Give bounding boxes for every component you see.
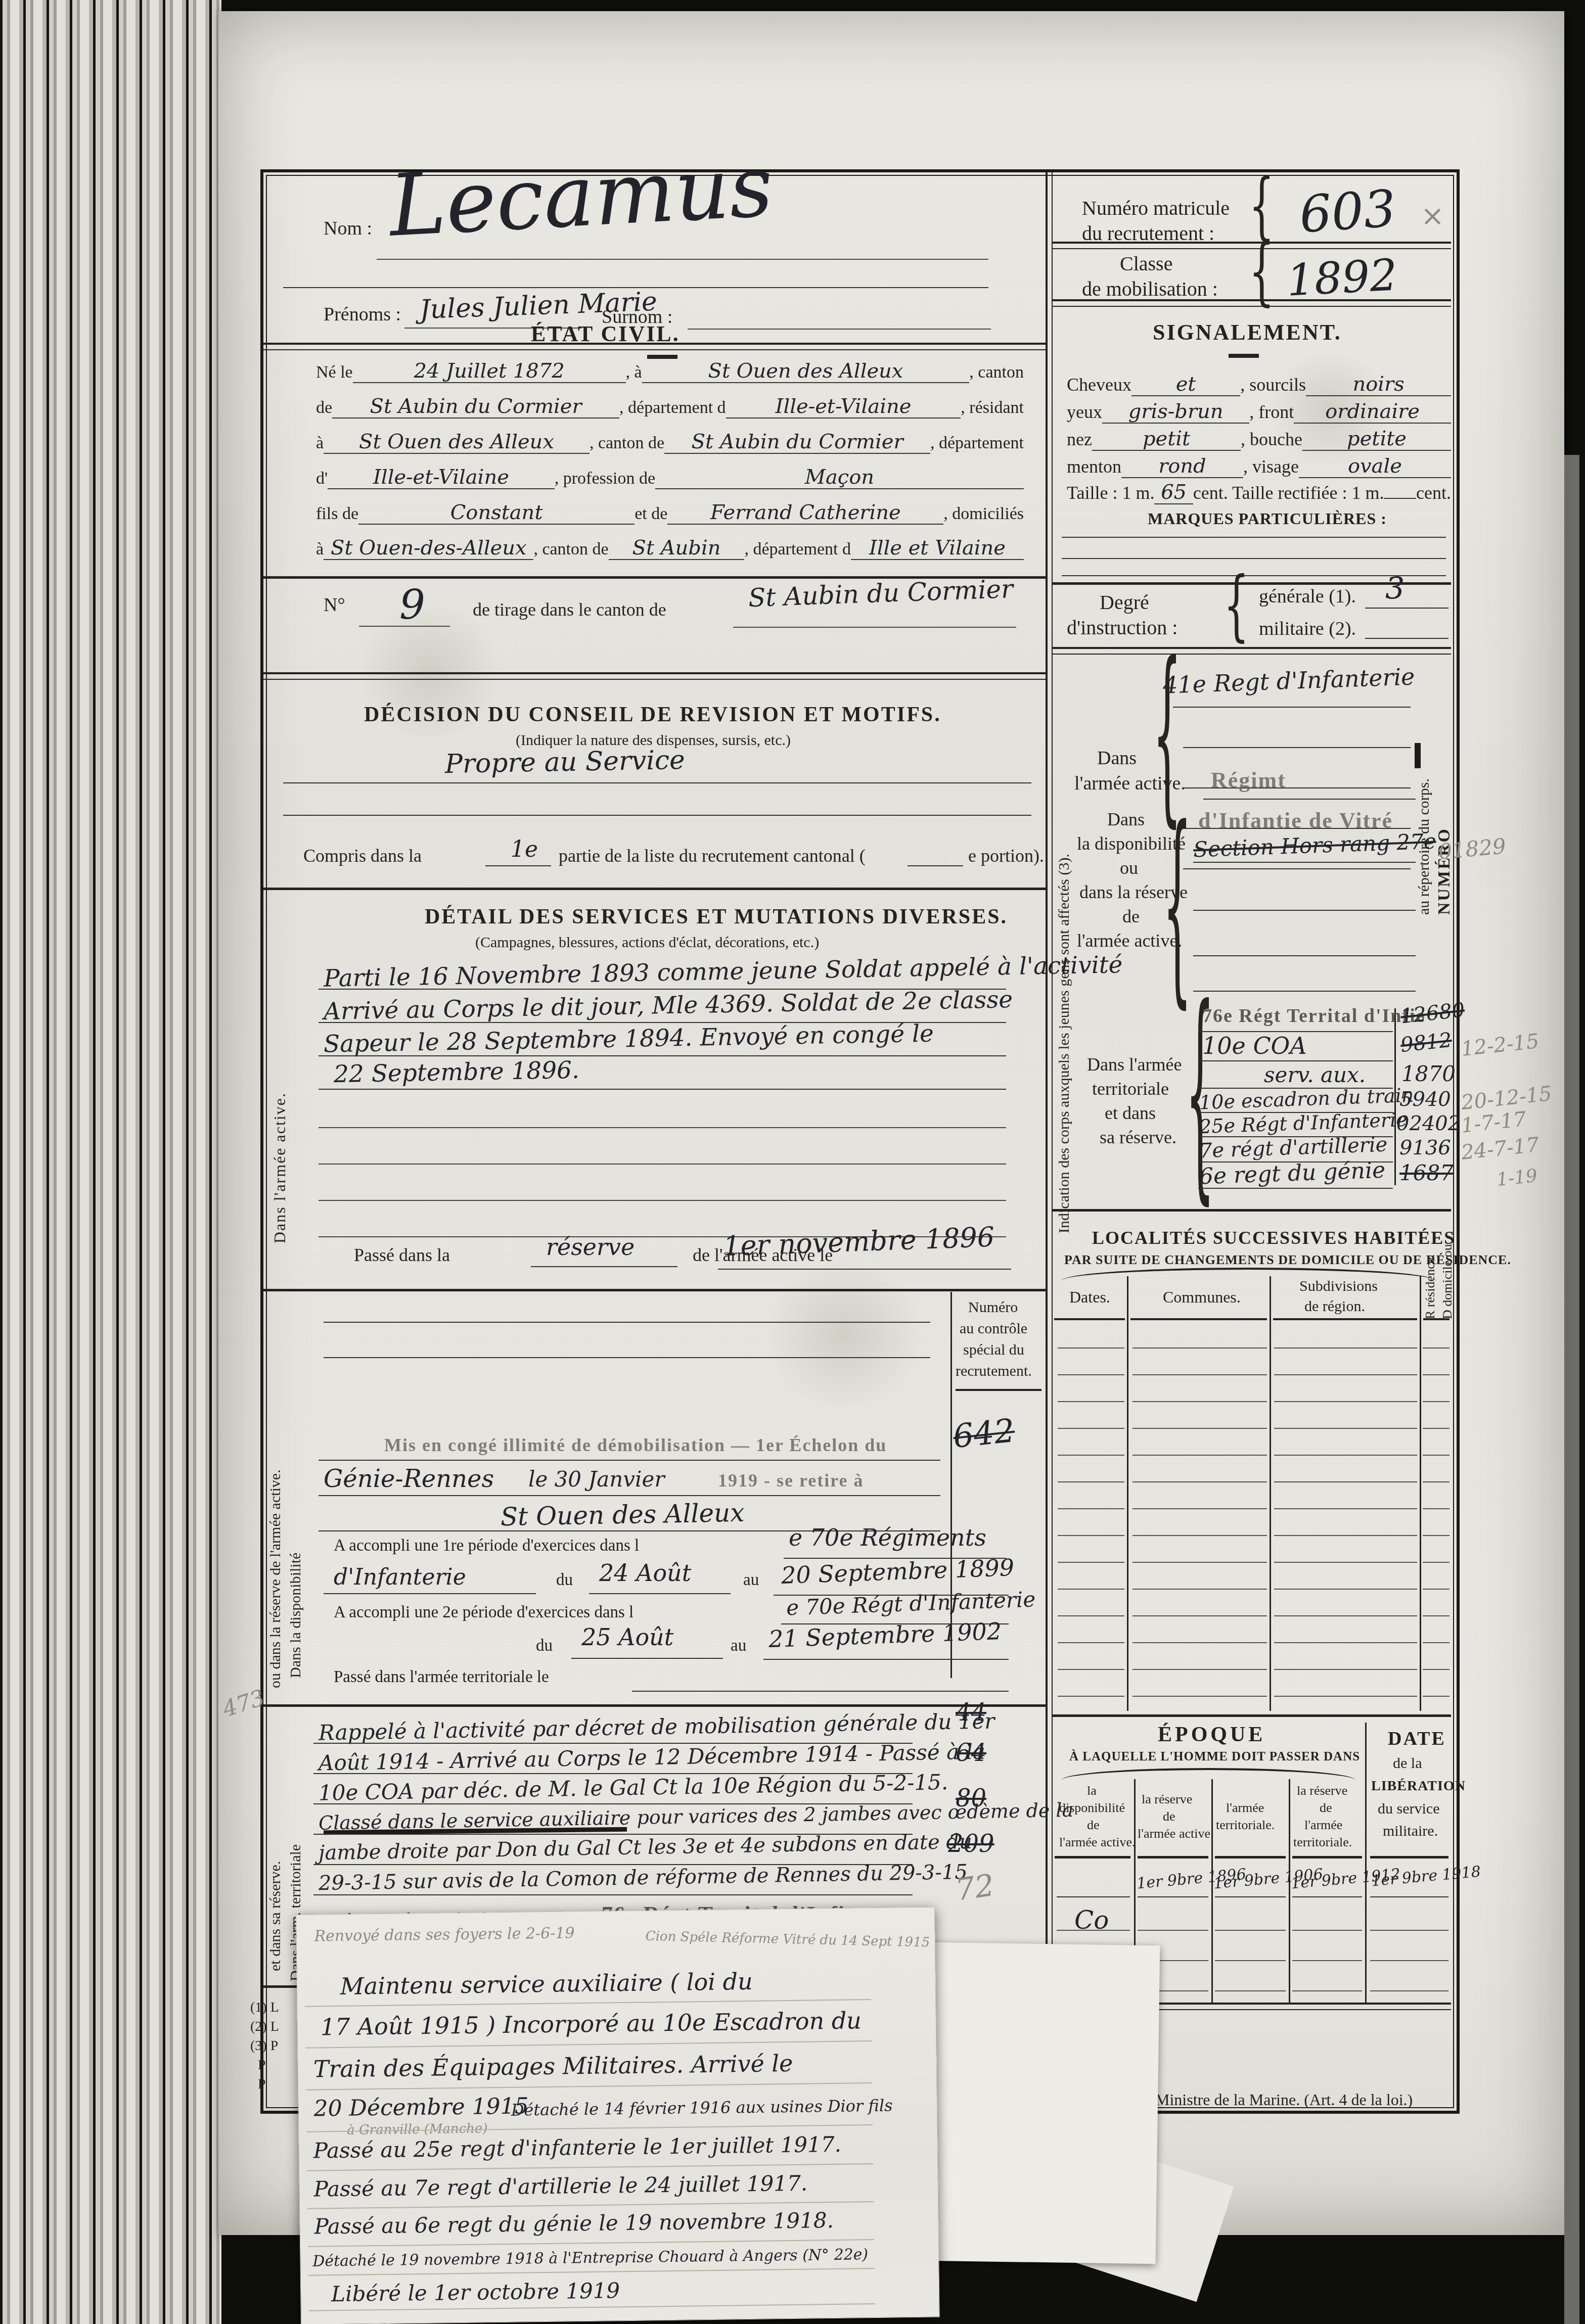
epoque-date-label: du service bbox=[1378, 1800, 1439, 1818]
surnom-rule bbox=[688, 329, 991, 330]
epoque-col1: de bbox=[1087, 1818, 1100, 1833]
epoque-header-rule bbox=[1055, 1856, 1130, 1858]
terr-row-corps: 10e COA bbox=[1202, 1032, 1307, 1059]
periode1-regiment: e 70e Régiments bbox=[789, 1524, 986, 1551]
next-page-edge bbox=[1564, 455, 1579, 2324]
epoque-col1: la bbox=[1087, 1783, 1097, 1798]
passe-territoriale-rule bbox=[632, 1691, 1009, 1692]
compris-label-c: e portion). bbox=[968, 845, 1044, 866]
dispo-label-2: la disponibilité bbox=[1077, 833, 1186, 854]
label: cent. bbox=[1416, 482, 1451, 503]
periode1-rule bbox=[324, 1593, 536, 1594]
dispo-retire-place: St Ouen des Alleux bbox=[501, 1498, 745, 1531]
epoque-date-label: LIBÉRATION bbox=[1371, 1778, 1466, 1794]
affect-divider bbox=[1052, 1209, 1451, 1212]
signalement-taille-row: Taille : 1 m. 65 cent. Taille rectifiée … bbox=[1067, 481, 1451, 504]
services-rule bbox=[319, 1055, 1006, 1056]
dispo-rule bbox=[319, 1460, 940, 1461]
marques-label: MARQUES PARTICULIÈRES : bbox=[1148, 509, 1387, 528]
nez-value: petit bbox=[1092, 428, 1241, 451]
matricule-label-1: Numéro matricule bbox=[1082, 196, 1230, 220]
epoque-col4: de bbox=[1320, 1800, 1332, 1816]
slip-line-8: Détaché le 19 novembre 1918 à l'Entrepri… bbox=[312, 2246, 868, 2270]
services-divider bbox=[263, 1289, 1046, 1291]
epoque-rule bbox=[1370, 1896, 1448, 1897]
book-page-stack-edge bbox=[0, 0, 221, 2324]
terr-row-corps: serv. aux. bbox=[1264, 1062, 1366, 1087]
signalement-dash bbox=[1229, 354, 1259, 358]
label: , canton de bbox=[533, 540, 608, 559]
taille-rectifiee-value bbox=[1384, 498, 1416, 499]
controle-value: 642 bbox=[951, 1412, 1016, 1456]
passe-reserve-label-a: Passé dans la bbox=[354, 1244, 450, 1266]
terr-margin-number-1: 44 bbox=[956, 1698, 986, 1727]
localites-divider bbox=[1052, 1714, 1451, 1717]
prenoms-label: Prénoms : bbox=[324, 303, 401, 326]
visage-value: ovale bbox=[1299, 455, 1451, 478]
epoque-empty-rows bbox=[1292, 1900, 1362, 2002]
epoque-date-label: DATE bbox=[1388, 1728, 1446, 1750]
localites-col-subdiv-1: Subdivisions bbox=[1299, 1278, 1378, 1295]
periode1-au: au bbox=[743, 1571, 759, 1590]
localites-header-rule bbox=[1054, 1318, 1125, 1320]
epoque-col2: de bbox=[1163, 1809, 1175, 1824]
localites-header-rule bbox=[1130, 1318, 1267, 1320]
affect-rule bbox=[1183, 868, 1411, 869]
slip-line-6: Passé au 7e regt d'artillerie le 24 juil… bbox=[313, 2171, 807, 2202]
signalement-row-3: nez petit , bouche petite bbox=[1067, 428, 1451, 451]
controle-label-3: spécial du bbox=[963, 1341, 1024, 1359]
father-name: Constant bbox=[358, 501, 635, 525]
localites-col-line bbox=[1127, 1276, 1128, 1711]
slip-line-2: 17 Août 1915 ) Incorporé au 10e Escadron… bbox=[320, 2007, 862, 2040]
slip-faint-2: Cion Spéle Réforme Vitré du 14 Sept 1915 bbox=[645, 1929, 930, 1950]
terr-row-num: 1870 bbox=[1401, 1061, 1456, 1086]
degre-divider bbox=[1052, 647, 1451, 655]
label: , département bbox=[930, 434, 1024, 453]
column-divider bbox=[1046, 172, 1053, 2004]
birth-place: St Ouen des Alleux bbox=[642, 360, 970, 383]
yeux-value: gris-brun bbox=[1102, 400, 1249, 424]
degre-rule bbox=[1365, 608, 1448, 609]
localites-col-dr-1: D domicile ou bbox=[1440, 1228, 1455, 1319]
terr-row-rule bbox=[1198, 1188, 1393, 1189]
localites-empty-rows bbox=[1133, 1322, 1267, 1698]
epoque-subtitle: À LAQUELLE L'HOMME DOIT PASSER DANS bbox=[1069, 1750, 1360, 1764]
passe-territoriale-label: Passé dans l'armée territoriale le bbox=[334, 1668, 549, 1687]
degre-generale-label: générale (1). bbox=[1259, 585, 1356, 608]
epoque-col1: l'armée active. bbox=[1059, 1835, 1135, 1850]
cheveux-value: et bbox=[1131, 373, 1240, 396]
terr-row-num: 02402 bbox=[1396, 1112, 1461, 1135]
dispo-date-hw: le 30 Janvier bbox=[528, 1467, 664, 1492]
periode2-du: du bbox=[536, 1637, 553, 1655]
terr-row-corps: 76e Régt Territal d'Infie bbox=[1202, 1005, 1426, 1027]
services-rule bbox=[319, 1089, 1006, 1090]
footnote-4: P bbox=[258, 2057, 266, 2073]
label: , front bbox=[1249, 401, 1294, 423]
localites-col-subdiv-2: de région. bbox=[1304, 1298, 1365, 1315]
decision-title: DÉCISION DU CONSEIL DE REVISION ET MOTIF… bbox=[364, 703, 941, 727]
classe-label-1: Classe bbox=[1120, 252, 1172, 275]
terr-margin-label-2: et dans sa réserve. bbox=[267, 1729, 284, 1971]
birth-canton: St Aubin du Cormier bbox=[332, 395, 619, 419]
decision-rule bbox=[283, 782, 1031, 783]
periode2-au: au bbox=[731, 1637, 746, 1655]
residence-departement: Ille-et-Vilaine bbox=[328, 466, 555, 489]
marques-rule bbox=[1062, 537, 1446, 538]
repertoire-label-1: NUMÉRO bbox=[1435, 662, 1454, 915]
demobilisation-stamp: Mis en congé illimité de démobilisation … bbox=[384, 1434, 887, 1456]
label: , domiciliés bbox=[943, 504, 1024, 524]
degre-militaire-label: militaire (2). bbox=[1259, 618, 1356, 640]
dispo-label-5: de bbox=[1122, 906, 1140, 927]
tirage-divider bbox=[263, 672, 1046, 680]
label: , bouche bbox=[1241, 429, 1302, 450]
decision-rule bbox=[283, 815, 1031, 816]
epoque-empty-rows bbox=[1370, 1900, 1448, 2002]
degre-rule bbox=[1365, 638, 1448, 639]
periode2-du-value: 25 Août bbox=[581, 1623, 673, 1651]
epoque-rule bbox=[1215, 1896, 1286, 1897]
affect-rule bbox=[1193, 955, 1416, 956]
scanned-military-register-page: Nom : Lecamus Prénoms : Jules Julien Mar… bbox=[0, 0, 1585, 2324]
affect-rule bbox=[1193, 910, 1416, 911]
epoque-rule bbox=[1057, 1896, 1130, 1897]
controle-label-1: Numéro bbox=[968, 1299, 1018, 1316]
epoque-col2: l'armée active. bbox=[1138, 1826, 1213, 1841]
se-retire-stamp: 1919 - se retire à bbox=[718, 1470, 864, 1491]
terr-rule bbox=[313, 1894, 913, 1895]
dispo-label-3: ou bbox=[1120, 857, 1138, 878]
residence: St Ouen des Alleux bbox=[324, 431, 590, 454]
label: à bbox=[316, 540, 324, 559]
etat-civil-row-2: de St Aubin du Cormier , département d I… bbox=[316, 395, 1024, 419]
parents-canton: St Aubin bbox=[609, 537, 745, 560]
localites-empty-rows bbox=[1274, 1322, 1417, 1698]
taille-value: 65 bbox=[1154, 481, 1193, 504]
pasted-note-slip: Renvoyé dans ses foyers le 2-6-19 Cion S… bbox=[296, 1907, 940, 2324]
periode1-label: A accompli une 1re période d'exercices d… bbox=[334, 1537, 639, 1555]
dispo-rule bbox=[324, 1322, 930, 1323]
label: fils de bbox=[316, 504, 358, 524]
controle-header-rule bbox=[956, 1389, 1041, 1391]
periode1-rule bbox=[589, 1593, 731, 1594]
epoque-col1: disponibilité bbox=[1059, 1800, 1125, 1816]
taille-rectifiee-label: cent. Taille rectifiée : 1 m. bbox=[1193, 482, 1384, 503]
label: et de bbox=[635, 504, 667, 524]
services-margin-label: Dans l'armée active. bbox=[270, 960, 289, 1243]
repertoire-label-2: au répertoire du corps. bbox=[1416, 662, 1433, 915]
epoque-date-col-line bbox=[1365, 1723, 1367, 2004]
localites-col-line bbox=[1420, 1276, 1421, 1711]
classe-label-2: de mobilisation : bbox=[1082, 277, 1218, 301]
taille-label: Taille : 1 m. bbox=[1067, 482, 1154, 503]
label: Cheveux bbox=[1067, 374, 1131, 395]
epoque-col-line bbox=[1289, 1779, 1290, 2004]
terr-row-num: 5940 bbox=[1399, 1088, 1451, 1111]
epoque-header-rule bbox=[1370, 1856, 1448, 1858]
dispo-rule bbox=[319, 1495, 940, 1496]
nom-label: Nom : bbox=[324, 217, 372, 240]
etat-civil-row-4: d' Ille-et-Vilaine , profession de Maçon bbox=[316, 466, 1024, 489]
localites-col-dr-2: R résidence. bbox=[1423, 1228, 1438, 1319]
classe-divider bbox=[1052, 299, 1451, 307]
signalement-row-1: Cheveux et , sourcils noirs bbox=[1067, 373, 1451, 396]
passe-reserve-value: réserve bbox=[546, 1233, 635, 1261]
label: , canton de bbox=[590, 434, 664, 453]
terr-affect-label-2: territoriale bbox=[1092, 1078, 1169, 1099]
slip-line-3: Train des Équipages Militaires. Arrivé l… bbox=[313, 2050, 793, 2083]
affect-rule bbox=[1203, 799, 1416, 800]
birth-date: 24 Juillet 1872 bbox=[353, 360, 626, 383]
compris-value: 1e bbox=[511, 836, 538, 862]
residence-canton: St Aubin du Cormier bbox=[664, 431, 930, 454]
epoque-col3: territoriale. bbox=[1216, 1818, 1275, 1833]
services-empty-rules bbox=[319, 1092, 1006, 1238]
services-title: DÉTAIL DES SERVICES ET MUTATIONS DIVERSE… bbox=[425, 905, 1008, 929]
degre-generale-value: 3 bbox=[1385, 571, 1405, 607]
label: , résidant bbox=[961, 398, 1024, 417]
label: Né le bbox=[316, 363, 353, 382]
dispo-label-1: Dans bbox=[1107, 809, 1145, 830]
passe-rule bbox=[718, 1269, 1011, 1270]
classe-value: 1892 bbox=[1286, 250, 1399, 306]
epoque-rule bbox=[1292, 1896, 1362, 1897]
slip-line-9: Libéré le 1er octobre 1919 bbox=[331, 2278, 620, 2306]
affect-rule bbox=[1193, 991, 1416, 992]
controle-label-4: recrutement. bbox=[956, 1363, 1032, 1380]
epoque-col4: la réserve bbox=[1297, 1783, 1347, 1798]
periode2-rule bbox=[763, 1659, 1009, 1660]
etat-civil-dash bbox=[647, 355, 677, 359]
periode1-du: du bbox=[556, 1571, 573, 1590]
etat-civil-row-5: fils de Constant et de Ferrand Catherine… bbox=[316, 501, 1024, 525]
services-subtitle: (Campagnes, blessures, actions d'éclat, … bbox=[475, 934, 819, 951]
passe-rule bbox=[531, 1266, 677, 1267]
terr-margin-pencil: 72 bbox=[954, 1868, 997, 1908]
terr-margin-number-3: 80 bbox=[956, 1784, 986, 1812]
profession: Maçon bbox=[655, 466, 1024, 489]
degre-label-1: Degré bbox=[1100, 590, 1149, 614]
terr-row-rule bbox=[1198, 1060, 1393, 1061]
front-value: ordinaire bbox=[1294, 400, 1451, 424]
menton-value: rond bbox=[1121, 455, 1243, 478]
periode1-du-value: 24 Août bbox=[599, 1559, 691, 1587]
epoque-empty-rows bbox=[1215, 1900, 1286, 2002]
slip-line-1: Maintenu service auxiliaire ( loi du bbox=[340, 1968, 753, 2000]
marques-rule bbox=[1062, 558, 1446, 559]
label: yeux bbox=[1067, 401, 1102, 423]
epoque-header-rule bbox=[1138, 1856, 1208, 1858]
parents-commune: St Ouen-des-Alleux bbox=[324, 537, 533, 560]
matricule-value: 603 bbox=[1297, 178, 1398, 244]
tirage-no-label: N° bbox=[324, 594, 345, 616]
services-line-4: 22 Septembre 1896. bbox=[334, 1056, 580, 1088]
tirage-text: de tirage dans le canton de bbox=[473, 599, 666, 620]
compris-label-a: Compris dans la bbox=[303, 845, 422, 866]
label: de bbox=[316, 398, 332, 417]
signalement-row-2: yeux gris-brun , front ordinaire bbox=[1067, 400, 1451, 424]
terr-margin-number-4: 209 bbox=[948, 1830, 994, 1858]
slip-line-4a: 20 Décembre 1915 bbox=[313, 2093, 528, 2121]
localites-col-dates: Dates. bbox=[1069, 1288, 1110, 1307]
dispo-regiment-stamp-1: Régimt bbox=[1211, 767, 1286, 793]
terr-affect-label-4: sa réserve. bbox=[1100, 1127, 1176, 1148]
epoque-rule bbox=[1138, 1896, 1208, 1897]
label: , profession de bbox=[555, 469, 655, 488]
footnote-5: P bbox=[258, 2076, 266, 2093]
localites-header-rule bbox=[1423, 1318, 1450, 1320]
epoque-col4: l'armée bbox=[1304, 1818, 1342, 1833]
dispo-genie-rennes: Génie-Rennes bbox=[324, 1465, 494, 1493]
dispo-label-6: l'armée active. bbox=[1077, 930, 1182, 951]
footnote-right-3: Ministre de la Marine. (Art. 4 de la loi… bbox=[1155, 2090, 1413, 2109]
decision-value: Propre au Service bbox=[445, 745, 686, 779]
terr-affect-label-1: Dans l'armée bbox=[1087, 1054, 1182, 1075]
bouche-value: petite bbox=[1302, 428, 1451, 451]
epoque-col3: l'armée bbox=[1226, 1800, 1264, 1816]
localites-col-communes: Communes. bbox=[1163, 1288, 1241, 1307]
repertoire-mark bbox=[1415, 743, 1421, 768]
tirage-rule bbox=[733, 627, 1016, 628]
label: , département d bbox=[619, 398, 726, 417]
label: , sourcils bbox=[1240, 374, 1306, 395]
dispo-margin-label-2: ou dans la réserve de l'armée active. bbox=[267, 1304, 284, 1688]
decision-divider bbox=[263, 888, 1046, 890]
degre-brace: { bbox=[1224, 560, 1249, 649]
dispo-margin-label-1: Dans la disponibilité bbox=[287, 1314, 304, 1678]
signalement-title: SIGNALEMENT. bbox=[1153, 319, 1342, 345]
terr-row-num: 9136 bbox=[1399, 1136, 1451, 1159]
localites-title: LOCALITÉS SUCCESSIVES HABITÉES bbox=[1092, 1227, 1455, 1248]
affect-rule bbox=[1183, 747, 1411, 748]
localites-empty-rows bbox=[1423, 1322, 1450, 1698]
compris-rule bbox=[485, 865, 551, 866]
epoque-title: ÉPOQUE bbox=[1158, 1723, 1265, 1747]
epoque-date-label: militaire. bbox=[1383, 1823, 1438, 1840]
compris-rule bbox=[908, 865, 963, 866]
dispo-rule bbox=[324, 1357, 930, 1358]
epoque-col2: la réserve bbox=[1142, 1792, 1192, 1807]
nom-value: Lecamus bbox=[387, 136, 775, 255]
etat-civil-row-1: Né le 24 Juillet 1872 , à St Ouen des Al… bbox=[316, 360, 1024, 383]
localites-col-line bbox=[1270, 1276, 1271, 1711]
affect-rule bbox=[1193, 862, 1416, 863]
epoque-col4: territoriale. bbox=[1293, 1835, 1352, 1850]
tirage-rule bbox=[359, 626, 450, 627]
footnote-3: (3) P bbox=[250, 2038, 278, 2054]
affect-rule bbox=[1173, 707, 1411, 708]
label: , visage bbox=[1243, 456, 1299, 477]
footnote-1: (1) L bbox=[250, 2000, 279, 2016]
epoque-col-line bbox=[1211, 1779, 1213, 2004]
label: , à bbox=[626, 363, 642, 382]
epoque-header-rule bbox=[1215, 1856, 1286, 1858]
terr-affect-label-3: et dans bbox=[1105, 1102, 1156, 1124]
epoque-date-label: de la bbox=[1393, 1755, 1422, 1772]
dispo-label-4: dans la réserve bbox=[1079, 881, 1188, 903]
etat-civil-row-6: à St Ouen-des-Alleux , canton de St Aubi… bbox=[316, 537, 1024, 560]
sourcils-value: noirs bbox=[1306, 373, 1451, 396]
label: à bbox=[316, 434, 324, 453]
affect-vertical-label: Indication des corps auxquels les jeunes… bbox=[1056, 657, 1073, 1233]
periode2-rule bbox=[571, 1658, 723, 1659]
slip-line-7: Passé au 6e regt du génie le 19 novembre… bbox=[314, 2208, 834, 2239]
birth-departement: Ille-et-Vilaine bbox=[726, 395, 961, 419]
controle-label-2: au contrôle bbox=[960, 1320, 1027, 1337]
footnote-2: (2) L bbox=[250, 2019, 279, 2035]
localites-header-rule bbox=[1273, 1318, 1417, 1320]
signalement-row-4: menton rond , visage ovale bbox=[1067, 455, 1451, 478]
etat-civil-title: ÉTAT CIVIL. bbox=[531, 321, 680, 347]
parents-departement: Ille et Vilaine bbox=[851, 537, 1024, 560]
epoque-header-rule bbox=[1292, 1856, 1362, 1858]
label: , canton bbox=[969, 363, 1024, 382]
slip-faint-1: Renvoyé dans ses foyers le 2-6-19 bbox=[314, 1924, 574, 1945]
etat-civil-row-3: à St Ouen des Alleux , canton de St Aubi… bbox=[316, 431, 1024, 454]
terr-row-num: 1687 bbox=[1399, 1160, 1454, 1185]
nom-rule bbox=[377, 259, 988, 260]
tirage-no-value: 9 bbox=[399, 581, 425, 628]
terr-row-date: 1-19 bbox=[1496, 1166, 1538, 1190]
periode2-label: A accompli une 2e période d'exercices da… bbox=[334, 1603, 633, 1622]
label: menton bbox=[1067, 456, 1121, 477]
matricule-x-mark: × bbox=[1421, 200, 1444, 233]
label: d' bbox=[316, 469, 328, 488]
affect-active-label-1: Dans bbox=[1097, 747, 1137, 769]
label: , département d bbox=[744, 540, 851, 559]
localites-empty-rows bbox=[1058, 1322, 1124, 1698]
mother-name: Ferrand Catherine bbox=[667, 501, 943, 525]
dispo-divider bbox=[263, 1704, 1046, 1707]
label: nez bbox=[1067, 429, 1092, 450]
terr-margin-number-2: 64 bbox=[956, 1739, 986, 1767]
dispo-regiment-stamp-2: d'Infantie de Vitré bbox=[1198, 808, 1393, 833]
periode1-infanterie: d'Infanterie bbox=[334, 1564, 466, 1590]
compris-label-b: partie de la liste du recrutement canton… bbox=[559, 845, 866, 866]
slip-line-4b: Détaché le 14 février 1916 aux usines Di… bbox=[511, 2096, 893, 2120]
